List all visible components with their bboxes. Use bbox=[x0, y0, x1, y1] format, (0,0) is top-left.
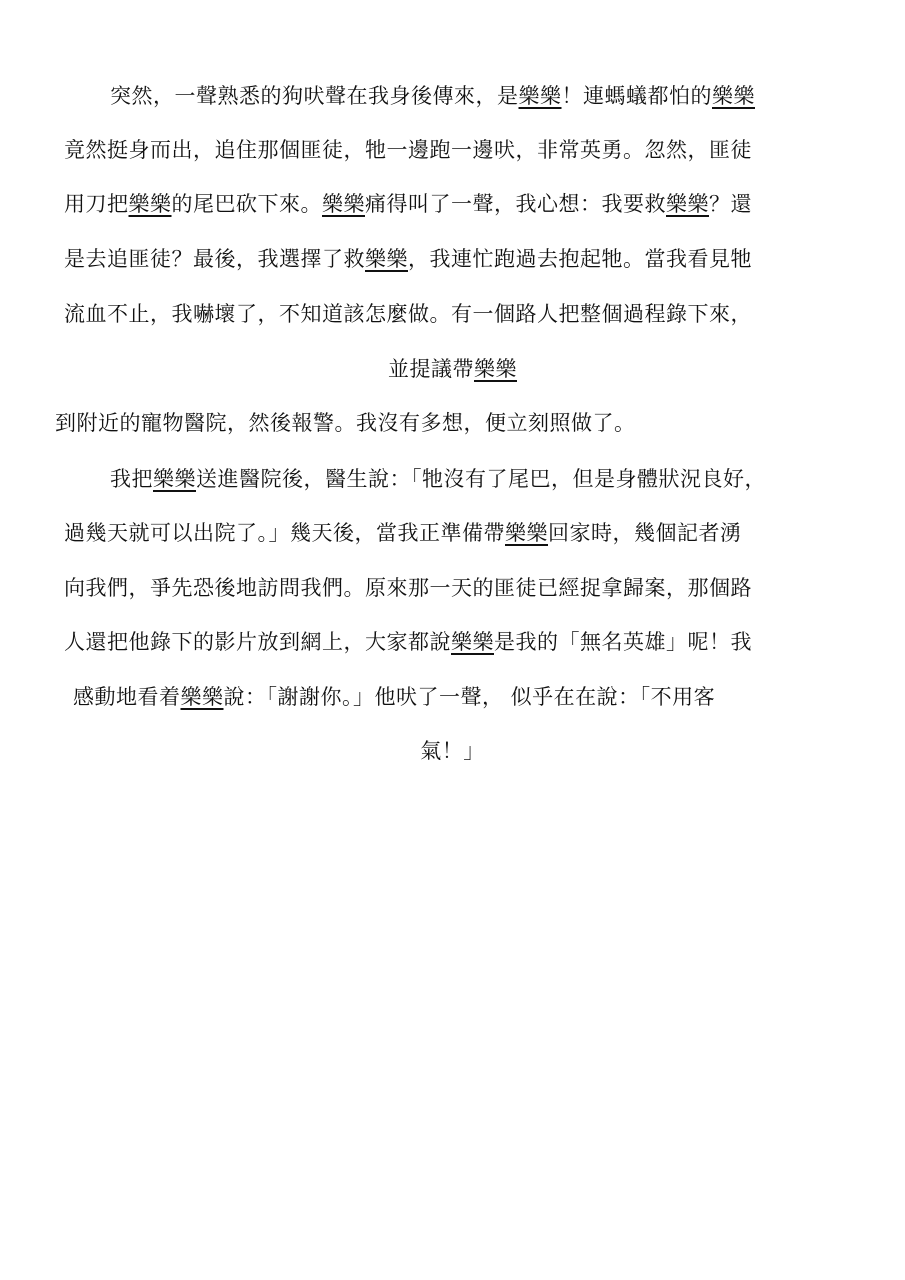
underlined-name: 樂樂 bbox=[519, 84, 562, 108]
text-line: 氣！」 bbox=[0, 737, 905, 765]
text-segment: 是去追匪徒？最後，我選擇了救 bbox=[64, 247, 365, 271]
text-segment: 流血不止，我嚇壞了，不知道該怎麼做。有一個路人把整個過程錄下來， bbox=[64, 302, 752, 326]
text-line: 感動地看着樂樂說：「謝謝你。」他吠了一聲， 似乎在在說：「不用客 bbox=[73, 683, 715, 711]
text-segment: 到附近的寵物醫院，然後報警。我沒有多想，便立刻照做了。 bbox=[55, 411, 636, 435]
text-segment: 向我們，爭先恐後地訪問我們。原來那一天的匪徒已經捉拿歸案，那個路 bbox=[64, 576, 752, 600]
text-line: 並提議帶樂樂 bbox=[0, 355, 905, 383]
underlined-name: 樂樂 bbox=[712, 84, 755, 108]
text-segment: ，我連忙跑過去抱起牠。當我看見牠 bbox=[408, 247, 752, 271]
text-segment: 說：「謝謝你。」他吠了一聲， 似乎在在說：「不用客 bbox=[224, 685, 716, 709]
text-line: 過幾天就可以出院了。」幾天後，當我正準備帶樂樂回家時，幾個記者湧 bbox=[64, 519, 742, 547]
document-page: 突然，一聲熟悉的狗吠聲在我身後傳來，是樂樂！連螞蟻都怕的樂樂竟然挺身而出，追住那… bbox=[0, 0, 905, 1280]
underlined-name: 樂樂 bbox=[505, 521, 548, 545]
text-segment: 我把 bbox=[110, 467, 153, 491]
underlined-name: 樂樂 bbox=[181, 685, 224, 709]
text-segment: 竟然挺身而出，追住那個匪徒，牠一邊跑一邊吠，非常英勇。忽然，匪徒 bbox=[64, 138, 752, 162]
text-segment: 的尾巴砍下來。 bbox=[172, 192, 323, 216]
text-segment: 氣！」 bbox=[420, 739, 485, 763]
text-segment: ！連螞蟻都怕的 bbox=[562, 84, 713, 108]
text-segment: 回家時，幾個記者湧 bbox=[548, 521, 742, 545]
text-segment: 用刀把 bbox=[64, 192, 129, 216]
text-line: 竟然挺身而出，追住那個匪徒，牠一邊跑一邊吠，非常英勇。忽然，匪徒 bbox=[64, 136, 752, 164]
text-segment: 感動地看着 bbox=[73, 685, 181, 709]
text-segment: ？還 bbox=[709, 192, 752, 216]
underlined-name: 樂樂 bbox=[666, 192, 709, 216]
text-segment: 送進醫院後，醫生說：「牠沒有了尾巴，但是身體狀況良好， bbox=[196, 467, 766, 491]
text-line: 向我們，爭先恐後地訪問我們。原來那一天的匪徒已經捉拿歸案，那個路 bbox=[64, 574, 752, 602]
text-segment: 並提議帶 bbox=[388, 357, 474, 381]
text-segment: 人還把他錄下的影片放到網上，大家都說 bbox=[64, 630, 451, 654]
underlined-name: 樂樂 bbox=[322, 192, 365, 216]
text-segment: 過幾天就可以出院了。」幾天後，當我正準備帶 bbox=[64, 521, 505, 545]
text-line: 到附近的寵物醫院，然後報警。我沒有多想，便立刻照做了。 bbox=[55, 409, 636, 437]
underlined-name: 樂樂 bbox=[153, 467, 196, 491]
underlined-name: 樂樂 bbox=[129, 192, 172, 216]
text-segment: 痛得叫了一聲，我心想：我要救 bbox=[365, 192, 666, 216]
text-line: 人還把他錄下的影片放到網上，大家都說樂樂是我的「無名英雄」呢！我 bbox=[64, 628, 752, 656]
text-line: 突然，一聲熟悉的狗吠聲在我身後傳來，是樂樂！連螞蟻都怕的樂樂 bbox=[110, 82, 755, 110]
underlined-name: 樂樂 bbox=[451, 630, 494, 654]
text-segment: 突然，一聲熟悉的狗吠聲在我身後傳來，是 bbox=[110, 84, 519, 108]
underlined-name: 樂樂 bbox=[365, 247, 408, 271]
text-line: 用刀把樂樂的尾巴砍下來。樂樂痛得叫了一聲，我心想：我要救樂樂？還 bbox=[64, 190, 752, 218]
text-line: 流血不止，我嚇壞了，不知道該怎麼做。有一個路人把整個過程錄下來， bbox=[64, 300, 752, 328]
underlined-name: 樂樂 bbox=[474, 357, 517, 381]
text-line: 是去追匪徒？最後，我選擇了救樂樂，我連忙跑過去抱起牠。當我看見牠 bbox=[64, 245, 752, 273]
text-line: 我把樂樂送進醫院後，醫生說：「牠沒有了尾巴，但是身體狀況良好， bbox=[110, 465, 766, 493]
text-segment: 是我的「無名英雄」呢！我 bbox=[494, 630, 752, 654]
